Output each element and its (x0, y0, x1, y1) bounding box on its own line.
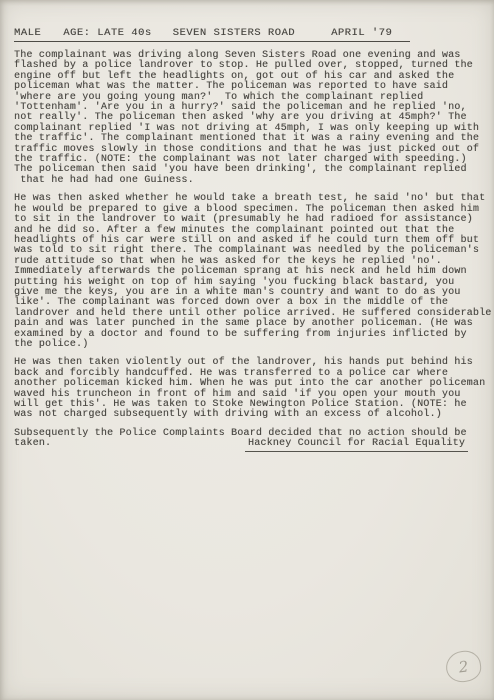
document-content: MALE AGE: LATE 40s SEVEN SISTERS ROAD AP… (14, 27, 494, 450)
document-body: The complainant was driving along Seven … (14, 51, 494, 450)
header-date: APRIL '79 (331, 27, 392, 39)
document-header-line: MALE AGE: LATE 40s SEVEN SISTERS ROAD AP… (14, 27, 410, 42)
paragraph-1: The complainant was driving along Seven … (14, 51, 494, 186)
paragraph-4: Subsequently the Police Complaints Board… (14, 429, 494, 450)
header-age: AGE: LATE 40s (63, 27, 151, 39)
handwritten-page-number-circle: 2 (444, 649, 483, 684)
header-sex: MALE (14, 27, 41, 39)
paragraph-3: He was then taken violently out of the l… (14, 358, 494, 420)
header-location: SEVEN SISTERS ROAD (173, 27, 295, 39)
attribution-signature: Hackney Council for Racial Equality (245, 439, 468, 451)
paragraph-2: He was then asked whether he would take … (14, 194, 494, 350)
scanned-document-page: MALE AGE: LATE 40s SEVEN SISTERS ROAD AP… (0, 0, 494, 700)
page-number: 2 (458, 657, 470, 676)
